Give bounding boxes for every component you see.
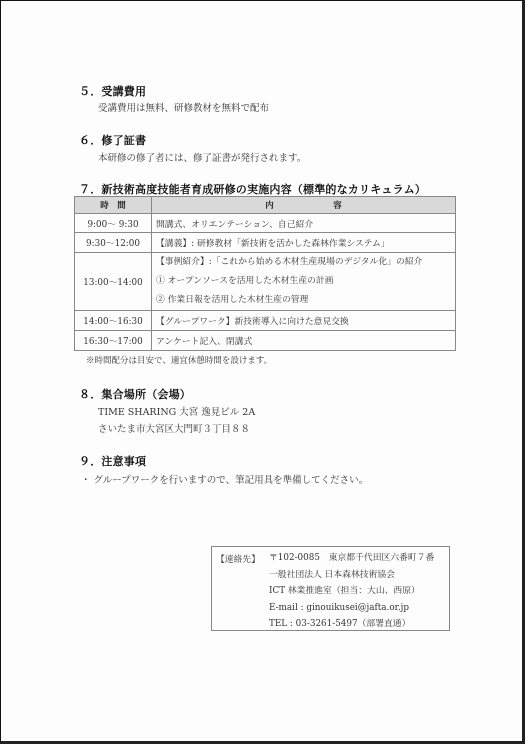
content-line: ② 作業日報を活用した木材生産の管理 <box>156 291 451 310</box>
section-heading-certificate: ６．修了証書 <box>79 132 146 148</box>
time-cell: 9:30～12:00 <box>75 233 152 253</box>
content-line: 【事例紹介】:「これから始める木材生産現場のデジタル化」の紹介 <box>156 253 451 272</box>
contact-label: 【連絡先】 <box>216 552 260 565</box>
venue-address: さいたま市大宮区大門町３丁目８８ <box>98 421 250 435</box>
schedule-note: ※時間配分は目安で、適宜休憩時間を設けます。 <box>86 354 272 366</box>
content-cell: アンケート記入、閉講式 <box>152 331 456 351</box>
header-content: 内 容 <box>152 197 456 214</box>
time-cell: 13:00～14:00 <box>75 253 152 311</box>
curriculum-table: 時 間 内 容 9:00～ 9:30 開講式、オリエンテーション、自己紹介 9:… <box>74 196 456 351</box>
venue-name: TIME SHARING 大宮 逸見ビル 2A <box>98 404 255 418</box>
contact-lines: 〒102-0085 東京都千代田区六番町７番 一般社団法人 日本森林技術協会 I… <box>269 550 434 633</box>
content-cell: 【グループワーク】新技術導入に向けた意見交換 <box>152 311 456 331</box>
contact-department: ICT 林業推進室（担当：大山、西原） <box>269 583 434 600</box>
time-cell: 16:30～17:00 <box>75 331 152 351</box>
table-row: 16:30～17:00 アンケート記入、閉講式 <box>75 331 456 351</box>
section-heading-notes: ９．注意事項 <box>79 453 146 469</box>
table-header-row: 時 間 内 容 <box>75 197 456 214</box>
contact-phone: TEL : 03-3261-5497（部署直通） <box>269 616 434 633</box>
table-row: 9:00～ 9:30 開講式、オリエンテーション、自己紹介 <box>75 214 456 233</box>
notes-item: ・ グループワークを行いますので、筆記用具を準備してください。 <box>81 472 368 486</box>
contact-email: E-mail : ginouikusei@jafta.or.jp <box>269 600 434 617</box>
content-cell: 開講式、オリエンテーション、自己紹介 <box>152 214 456 233</box>
header-time: 時 間 <box>75 197 152 214</box>
table-row: 13:00～14:00 【事例紹介】:「これから始める木材生産現場のデジタル化」… <box>75 253 456 311</box>
section-heading-venue: ８．集合場所（会場） <box>79 386 191 402</box>
content-cell: 【事例紹介】:「これから始める木材生産現場のデジタル化」の紹介 ① オープンソー… <box>152 253 456 311</box>
time-cell: 14:00～16:30 <box>75 311 152 331</box>
time-cell: 9:00～ 9:30 <box>75 214 152 233</box>
fee-text: 受講費用は無料、研修教材を無料で配布 <box>98 100 269 114</box>
content-line: ① オープンソースを活用した木材生産の計画 <box>156 272 451 291</box>
table-row: 9:30～12:00 【講義】: 研修教材「新技術を活かした森林作業システム」 <box>75 233 456 253</box>
document-page: ５．受講費用 受講費用は無料、研修教材を無料で配布 ６．修了証書 本研修の修了者… <box>0 0 525 744</box>
content-cell: 【講義】: 研修教材「新技術を活かした森林作業システム」 <box>152 233 456 253</box>
contact-box: 【連絡先】 〒102-0085 東京都千代田区六番町７番 一般社団法人 日本森林… <box>211 546 450 631</box>
section-heading-fee: ５．受講費用 <box>79 83 146 99</box>
certificate-text: 本研修の修了者には、修了証書が発行されます。 <box>98 150 306 164</box>
contact-organization: 一般社団法人 日本森林技術協会 <box>269 567 434 584</box>
section-heading-curriculum: ７．新技術高度技能者育成研修の実施内容（標準的なカリキュラム） <box>79 181 426 197</box>
table-row: 14:00～16:30 【グループワーク】新技術導入に向けた意見交換 <box>75 311 456 331</box>
contact-address: 〒102-0085 東京都千代田区六番町７番 <box>269 550 434 567</box>
